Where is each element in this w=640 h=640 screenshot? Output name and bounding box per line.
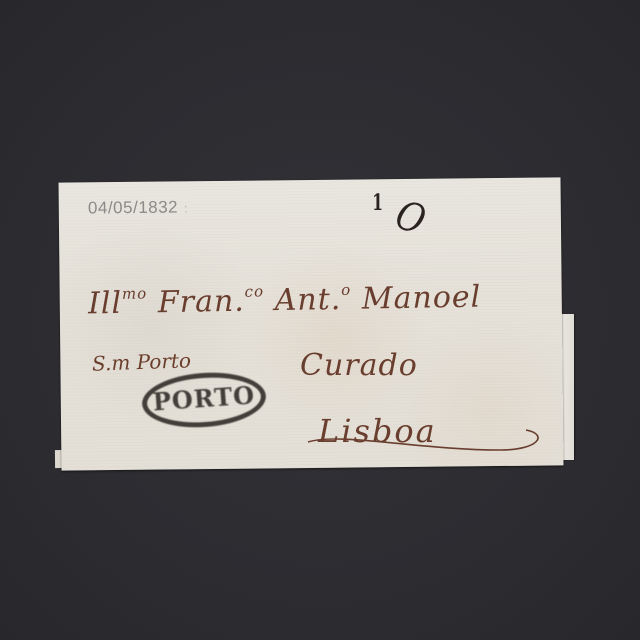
address-line-recipient: Illmo Fran.co Ant.o Manoel <box>88 279 482 322</box>
rate-mark-digit-one: 1 <box>372 192 383 214</box>
address-last-name: Manoel <box>351 280 481 317</box>
address-middle-name: Ant. <box>264 282 342 318</box>
address-honorific-sup: mo <box>122 284 148 302</box>
senders-note: S.m Porto <box>92 348 192 375</box>
pencil-date-text: 04/05/1832 <box>88 198 178 218</box>
address-first-name-sup: co <box>244 282 264 300</box>
address-honorific: Ill <box>88 286 123 322</box>
pencil-date-annotation: 04/05/1832: <box>88 197 188 218</box>
postmark-text: PORTO <box>146 380 262 417</box>
pencil-colon: : <box>184 201 188 215</box>
city-underline-flourish <box>300 420 550 460</box>
address-first-name: Fran. <box>147 284 245 321</box>
address-line-surname: Curado <box>300 348 418 383</box>
